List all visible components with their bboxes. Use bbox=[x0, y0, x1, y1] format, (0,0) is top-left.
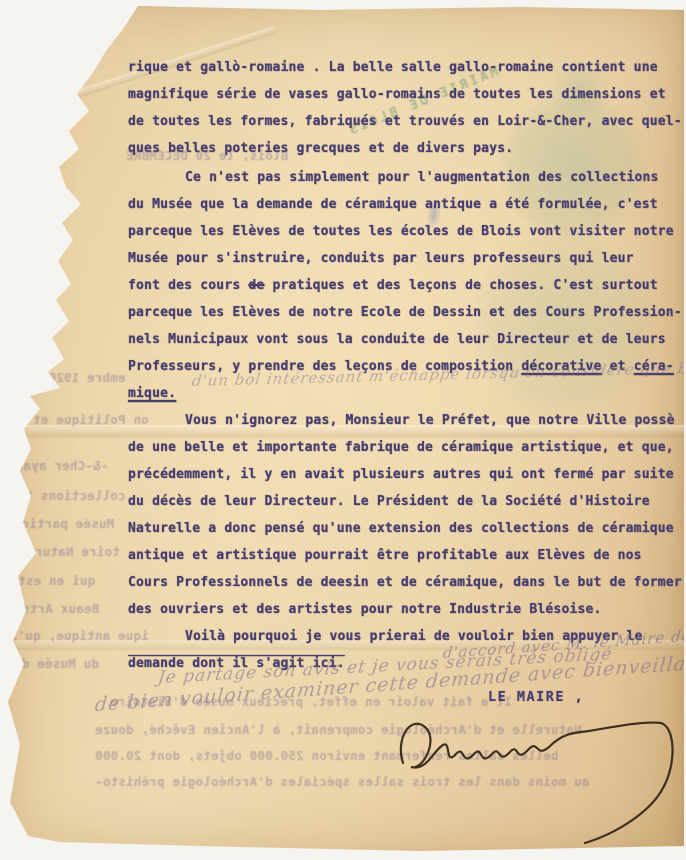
bleedthrough-mirrored-text: toire Naturelle bbox=[4, 544, 120, 559]
typed-line: Vous n'ignorez pas, Monsieur le Préfet, … bbox=[128, 411, 686, 431]
typed-line: Ce n'est pas simplement pour l'augmentat… bbox=[128, 168, 686, 188]
typed-line: des ouvriers et des artistes pour notre … bbox=[128, 600, 680, 620]
typed-line: font des cours de pratiques et des leçon… bbox=[128, 276, 680, 296]
typed-text-segment: du décès de leur Directeur. Le Président… bbox=[128, 494, 650, 509]
typed-text-segment: ques belles poteries grecques et de dive… bbox=[128, 141, 513, 156]
typed-text-segment: antique et artistique pourrait être prof… bbox=[128, 548, 642, 563]
typed-line: de toutes les formes, fabriqués et trouv… bbox=[128, 112, 680, 132]
scanned-document-photo: MAIRIE DE BLOIS Blois, le 20 DECEMBRE192… bbox=[0, 0, 686, 860]
typed-line: du Musée que la demande de céramique ant… bbox=[128, 195, 680, 215]
mayor-signature-ink bbox=[393, 693, 683, 848]
bleedthrough-mirrored-text: on Politique et des bbox=[2, 412, 149, 427]
typed-text-segment: Naturelle a donc pensé qu'une extension … bbox=[128, 521, 674, 536]
letter-paper-torn-sheet: MAIRIE DE BLOIS Blois, le 20 DECEMBRE192… bbox=[0, 0, 686, 860]
bleedthrough-mirrored-text: Musée particu- bbox=[6, 516, 114, 531]
bleedthrough-mirrored-text: qui en est bbox=[18, 573, 95, 588]
typed-text-segment: du Musée que la demande de céramique ant… bbox=[128, 197, 658, 212]
typed-text-segment: précédemment, il y en avait plusieurs au… bbox=[128, 467, 674, 482]
bleedthrough-mirrored-text: -&-Cher ayant bbox=[8, 458, 108, 473]
typed-text-segment: font des cours bbox=[128, 278, 248, 293]
typed-line: magnifique série de vases gallo-romains … bbox=[128, 85, 680, 105]
typed-line: Naturelle a donc pensé qu'une extension … bbox=[128, 519, 680, 539]
typed-text-segment: des ouvriers et des artistes pour notre … bbox=[128, 602, 602, 617]
typed-line: précédemment, il y en avait plusieurs au… bbox=[128, 465, 680, 485]
bleedthrough-mirrored-text: ique antique, qu'il bbox=[2, 628, 149, 643]
typed-line: ques belles poteries grecques et de dive… bbox=[128, 139, 680, 159]
bleedthrough-mirrored-text: collections très bbox=[2, 488, 126, 503]
typed-text-segment: parceque les Elèves de toutes les écoles… bbox=[128, 224, 674, 239]
typed-text-segment: rique et gallò-romaine . La belle salle … bbox=[128, 60, 658, 75]
typed-line: parceque les Elèves de notre Ecole de De… bbox=[128, 303, 680, 323]
bleedthrough-mirrored-text: Beaux Arts bbox=[22, 601, 99, 616]
typed-line: rique et gallò-romaine . La belle salle … bbox=[128, 58, 680, 78]
typed-text-segment: Musée pour s'instruire, conduits par leu… bbox=[128, 251, 634, 266]
typed-text-segment: de une belle et importante fabrique de c… bbox=[128, 440, 674, 455]
typed-line: parceque les Elèves de toutes les écoles… bbox=[128, 222, 680, 242]
typed-line: de une belle et importante fabrique de c… bbox=[128, 438, 680, 458]
typed-line: Cours Professionnels de deesin et de cér… bbox=[128, 573, 680, 593]
typed-line: nels Municipaux vont sous la conduite de… bbox=[128, 330, 680, 350]
typed-text-segment: Vous n'ignorez pas, Monsieur le Préfet, … bbox=[185, 413, 675, 428]
typed-text-segment: mique. bbox=[128, 386, 176, 401]
typed-text-segment: nels Municipaux vont sous la conduite de… bbox=[128, 332, 666, 347]
typed-text-segment: pratiques et des leçons de choses. C'est… bbox=[264, 278, 657, 293]
bleedthrough-mirrored-text: 1920 bbox=[2, 153, 33, 168]
typed-line: Musée pour s'instruire, conduits par leu… bbox=[128, 249, 680, 269]
typed-line: antique et artistique pourrait être prof… bbox=[128, 546, 680, 566]
typed-text-segment: de toutes les formes, fabriqués et trouv… bbox=[128, 114, 682, 129]
typed-line: du décès de leur Directeur. Le Président… bbox=[128, 492, 680, 512]
typed-text-segment: Cours Professionnels de deesin et de cér… bbox=[128, 575, 682, 590]
typed-text-segment: magnifique série de vases gallo-romains … bbox=[128, 87, 666, 102]
bleedthrough-mirrored-text: du Musée de bbox=[14, 656, 99, 671]
typed-text-segment: de bbox=[248, 278, 264, 293]
typed-text-segment: parceque les Elèves de notre Ecole de De… bbox=[128, 305, 682, 320]
bleedthrough-mirrored-text: embre 1920 de la bbox=[2, 370, 126, 385]
typed-text-segment: Ce n'est pas simplement pour l'augmentat… bbox=[185, 170, 659, 185]
